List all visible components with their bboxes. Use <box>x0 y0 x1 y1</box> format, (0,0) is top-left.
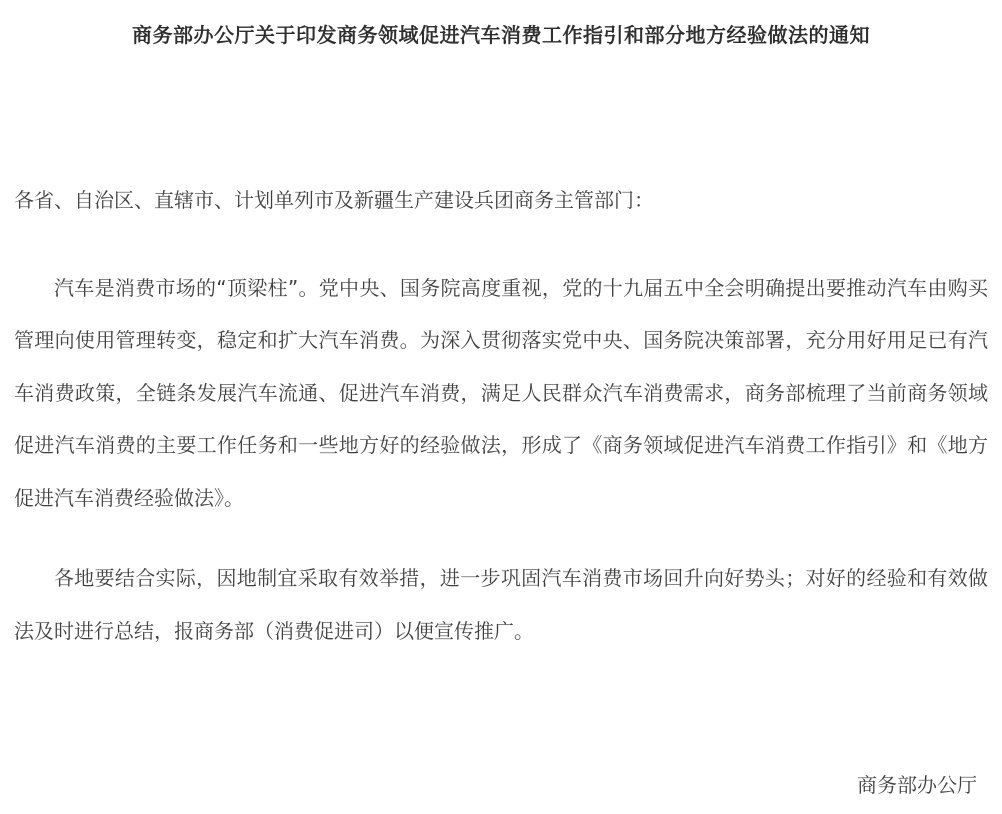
salutation-line: 各省、自治区、直辖市、计划单列市及新疆生产建设兵团商务主管部门： <box>14 174 988 227</box>
body-paragraph-1: 汽车是消费市场的“顶梁柱”。党中央、国务院高度重视，党的十九届五中全会明确提出要… <box>14 262 988 525</box>
document-page: 商务部办公厅关于印发商务领域促进汽车消费工作指引和部分地方经验做法的通知 各省、… <box>0 0 1002 814</box>
body-paragraph-2: 各地要结合实际，因地制宜采取有效举措，进一步巩固汽车消费市场回升向好势头；对好的… <box>14 552 988 657</box>
document-title: 商务部办公厅关于印发商务领域促进汽车消费工作指引和部分地方经验做法的通知 <box>14 21 988 49</box>
signature: 商务部办公厅 <box>14 759 988 812</box>
